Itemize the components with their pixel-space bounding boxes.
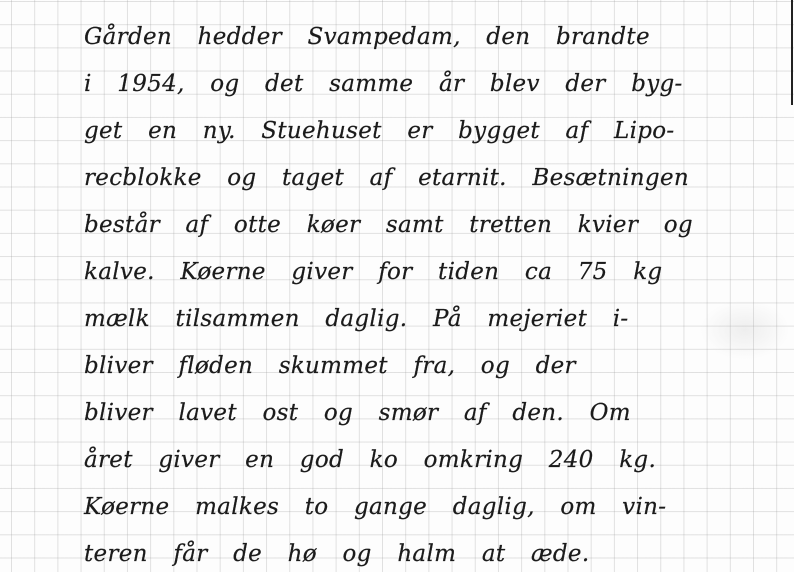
text-line-6: kalve. Køerne giver for tiden ca 75 kg [84, 249, 724, 296]
text-line-4: recblokke og taget af etarnit. Besætning… [84, 155, 724, 202]
text-line-8: bliver fløden skummet fra, og der [84, 343, 724, 390]
text-line-11: Køerne malkes to gange daglig, om vin- [84, 484, 724, 531]
text-line-5: består af otte køer samt tretten kvier o… [84, 202, 724, 249]
grid-paper-page: Gården hedder Svampedam, den brandte i 1… [0, 0, 794, 572]
handwritten-text-block: Gården hedder Svampedam, den brandte i 1… [84, 14, 724, 572]
text-line-7: mælk tilsammen daglig. På mejeriet i- [84, 296, 724, 343]
page-edge-line [791, 0, 793, 105]
text-line-9: bliver lavet ost og smør af den. Om [84, 390, 724, 437]
text-line-10: året giver en god ko omkring 240 kg. [84, 437, 724, 484]
text-line-1: Gården hedder Svampedam, den brandte [84, 14, 724, 61]
text-line-12: teren får de hø og halm at æde. [84, 531, 724, 572]
text-line-2: i 1954, og det samme år blev der byg- [84, 61, 724, 108]
text-line-3: get en ny. Stuehuset er bygget af Lipo- [84, 108, 724, 155]
